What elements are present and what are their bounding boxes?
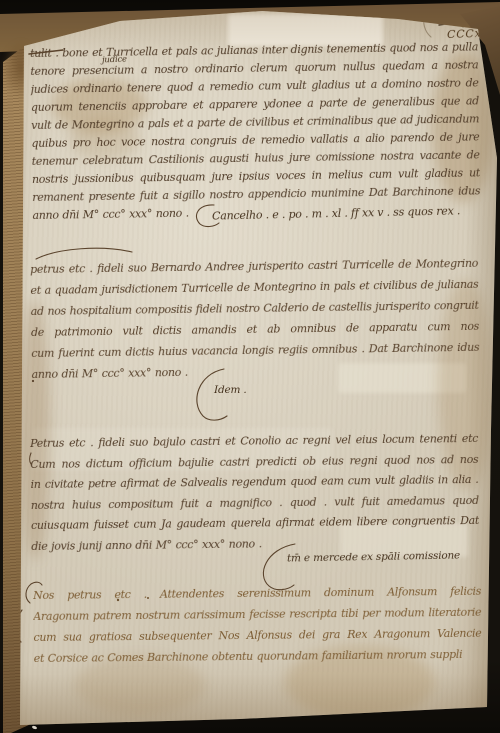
apostrophe-mark xyxy=(30,453,32,464)
parchment-stain xyxy=(52,78,147,133)
manuscript-text-line: tenore presencium a nostro ordinario cle… xyxy=(30,56,478,81)
commission-note: tm̄ e mercede ex spāli comissione xyxy=(287,549,460,564)
manuscript-text-line: Nos petrus etc . Attendentes serenissimu… xyxy=(33,581,481,606)
paper-bright-patch xyxy=(338,363,466,393)
commission-paraph xyxy=(263,544,295,590)
parchment-stain xyxy=(438,280,493,490)
manuscript-text-line: cum fuerint cum dictis huius vacancia lo… xyxy=(31,337,479,364)
manuscript-text-line: die jovis junij anno dn̄i M° ccc° xxx° n… xyxy=(31,531,479,557)
entry-paragraph-1: tulit . bone et Turricella et pals ac ju… xyxy=(30,38,481,225)
parchment-stain xyxy=(432,52,494,202)
paper-bright-patch xyxy=(340,523,468,557)
parchment-stain xyxy=(285,645,435,720)
parchment-stain xyxy=(75,655,205,715)
idem-paraph xyxy=(197,369,227,420)
reflective-speck xyxy=(32,725,38,730)
strikethrough-mark xyxy=(29,50,63,54)
manuscript-text-line: remanent presente fuit a sigillo nostro … xyxy=(32,182,480,207)
manuscript-text-line: anno dn̄i M° ccc° xxx° nono . xyxy=(31,358,479,385)
entry-paragraph-4: Nos petrus etc . Attendentes serenissimu… xyxy=(33,581,482,669)
idem-note: Idem . xyxy=(214,384,247,396)
manuscript-text-line: nostris jussionibus quibusquam jure ipsi… xyxy=(32,164,480,189)
manuscript-text-line: de patrimonio vult dictis amandis et ab … xyxy=(31,316,479,343)
manuscript-photo: CCCxviij . judice tulit . bone et Turric… xyxy=(0,0,500,733)
ink-dot xyxy=(117,599,119,601)
manuscript-text-line: et a quadam jurisdictionem Turricelle de… xyxy=(30,274,478,301)
chancery-fee-note: Cancelho . e . po . m . xl . ff xx v . s… xyxy=(212,204,460,222)
manuscript-text-line: et Corsice ac Comes Barchinone obtentu q… xyxy=(34,644,482,669)
pen-flourishes xyxy=(0,0,500,733)
paper-bright-patch xyxy=(228,14,383,46)
manuscript-text-line: cum sua gratiosa subsequenter Nos Alfons… xyxy=(33,623,481,648)
manuscript-text-line: quibus pro hoc voce nostra congruis de r… xyxy=(31,128,479,153)
manuscript-text-line: judices ordinario tenere quod a remedio … xyxy=(31,74,479,99)
gutter-shadow xyxy=(20,300,50,560)
manuscript-text-line: Cum nos dictum officium bajulie castri p… xyxy=(30,449,478,475)
manuscript-text-line: tenemur celebratum Castilionis augusti h… xyxy=(32,146,480,171)
manuscript-text-line: petrus etc . fideli suo Bernardo Andree … xyxy=(30,253,478,280)
manuscript-text-line: nostra huius compositum fuit a magnifico… xyxy=(31,490,479,516)
manuscript-text-line: Petrus etc . fideli suo bajulo castri et… xyxy=(30,429,478,455)
entry2-opening-swash xyxy=(36,248,132,259)
manuscript-text-line: in civitate petre afirmat de Salvealis r… xyxy=(30,470,478,496)
interlinear-correction: judice xyxy=(102,55,127,66)
manuscript-text-line: cuiusquam fuisset cum Ja gaudeam querela… xyxy=(31,511,479,537)
entry-paragraph-2: petrus etc . fideli suo Bernardo Andree … xyxy=(30,253,480,385)
fee-note-paraph xyxy=(196,205,219,227)
ink-dot xyxy=(147,597,149,599)
ink-dot xyxy=(32,380,34,382)
manuscript-text-line: Aragonum patrem nostrum carissimum fecis… xyxy=(33,602,481,627)
manuscript-page: CCCxviij . judice tulit . bone et Turric… xyxy=(0,0,500,733)
manuscript-text-line: quorum tenenciis approbare et apparere y… xyxy=(31,92,479,117)
manuscript-text-line: vult de Montegrino a pals et a parte de … xyxy=(31,110,479,135)
manuscript-text-line: anno dn̄i M° ccc° xxx° nono . xyxy=(32,200,480,225)
parchment-stain xyxy=(70,120,140,160)
manuscript-text-line: ad nos hospitalium compositis fideli nos… xyxy=(31,295,479,322)
entry4-paraph xyxy=(26,582,42,603)
paper-bright-patch xyxy=(32,428,332,470)
manuscript-text-line: tulit . bone et Turricella et pals ac ju… xyxy=(30,38,478,63)
entry-paragraph-3: Petrus etc . fideli suo bajulo castri et… xyxy=(30,429,479,557)
